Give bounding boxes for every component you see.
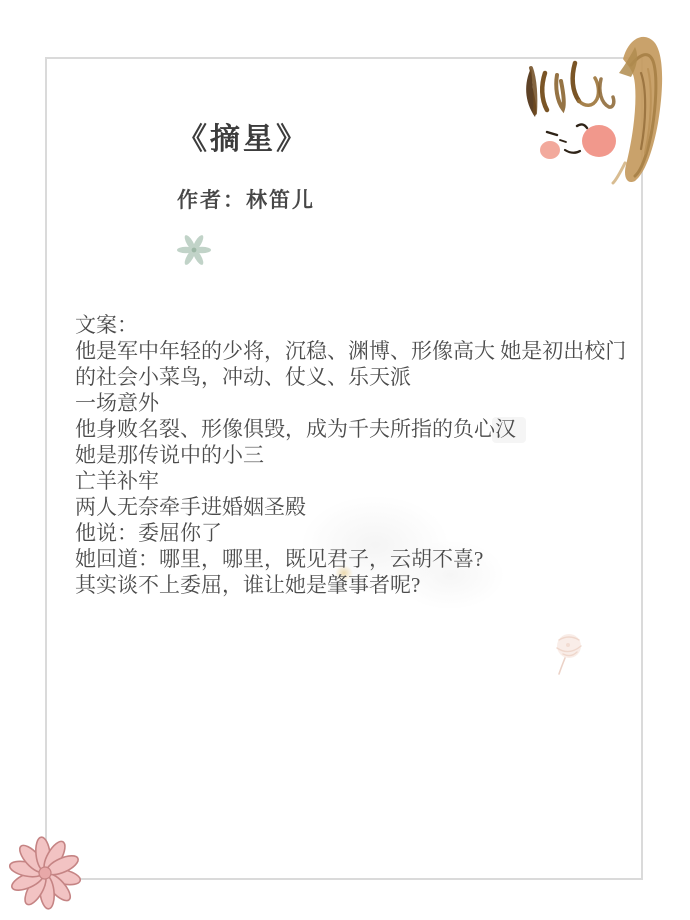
synopsis-line: 他身败名裂、形像俱毁，成为千夫所指的负心汉 — [75, 416, 641, 442]
synopsis-line: 她回道：哪里，哪里，既见君子，云胡不喜? — [75, 546, 641, 572]
author-line: 作者：林笛儿 — [177, 184, 477, 214]
synopsis-line: 文案： — [75, 312, 641, 338]
synopsis-line: 他说：委屈你了 — [75, 520, 641, 546]
book-title: 《摘星》 — [177, 114, 477, 158]
synopsis-line: 其实谈不上委屈，谁让她是肇事者呢? — [75, 572, 641, 598]
synopsis: 文案： 他是军中年轻的少将，沉稳、渊博、形像高大 她是初出校门 的社会小菜鸟，冲… — [75, 312, 641, 598]
synopsis-line: 她是那传说中的小三 — [75, 442, 641, 468]
synopsis-line: 的社会小菜鸟，冲动、仗义、乐天派 — [75, 364, 641, 390]
synopsis-line: 一场意外 — [75, 390, 641, 416]
synopsis-line: 他是军中年轻的少将，沉稳、渊博、形像高大 她是初出校门 — [75, 338, 641, 364]
novel-cover-page: 《摘星》 作者：林笛儿 文案： 他是军中年轻的少将，沉稳、渊博、形像高大 她是初… — [0, 0, 690, 920]
synopsis-line: 亡羊补牢 — [75, 468, 641, 494]
synopsis-line: 两人无奈牵手进婚姻圣殿 — [75, 494, 641, 520]
